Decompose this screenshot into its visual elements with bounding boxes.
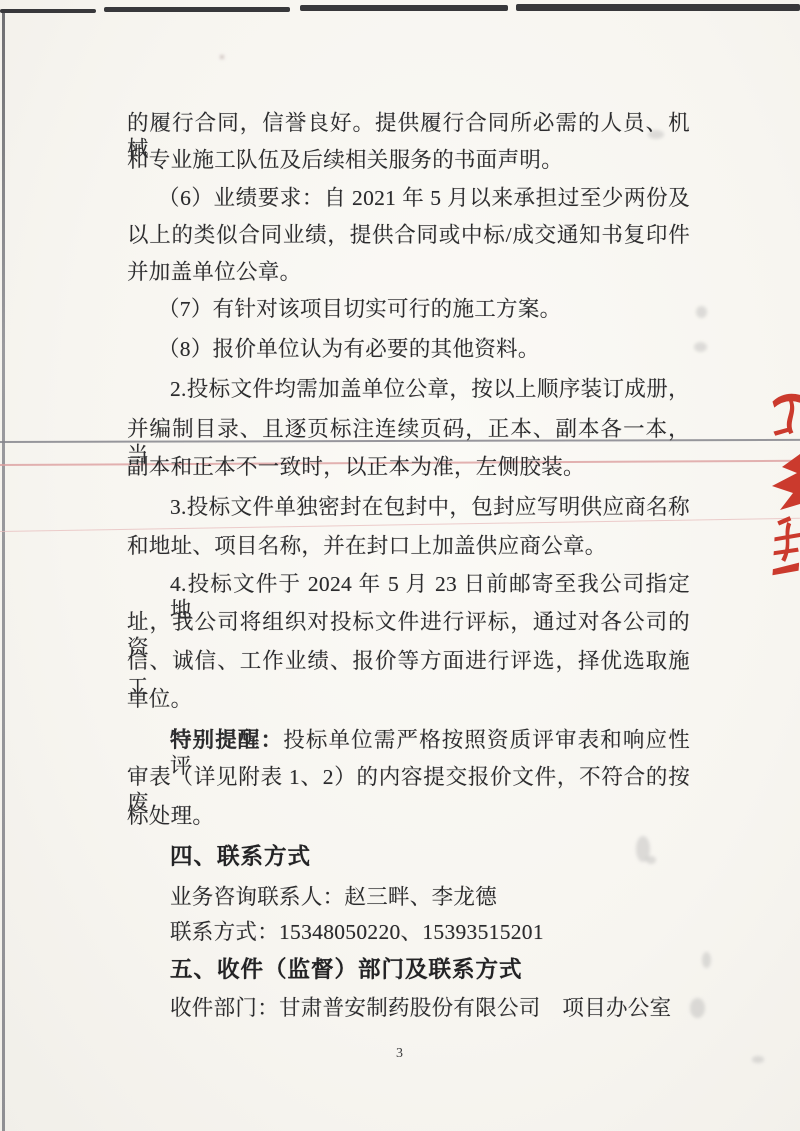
scanned-document-page: 的履行合同，信誉良好。提供履行合同所必需的人员、机械 和专业施工队伍及后续相关服… xyxy=(0,0,800,1131)
numbered-item-line: 3.投标文件单独密封在包封中，包封应写明供应商名称 xyxy=(170,494,690,522)
section-heading-receiver: 五、收件（监督）部门及联系方式 xyxy=(170,957,523,984)
paragraph-line: 并编制目录、且逐页标注连续页码，正本、副本各一本，当 xyxy=(127,416,690,444)
paragraph-line: 单位。 xyxy=(127,686,192,713)
paragraph-line: 信、诚信、工作业绩、报价等方面进行评选，择优选取施工 xyxy=(127,648,690,676)
receiver-department-line: 收件部门：甘肃普安制药股份有限公司 项目办公室 xyxy=(170,995,671,1022)
numbered-item-line: 4.投标文件于 2024 年 5 月 23 日前邮寄至我公司指定地 xyxy=(170,571,690,599)
paragraph-line: 的履行合同，信誉良好。提供履行合同所必需的人员、机械 xyxy=(127,110,690,138)
list-item-line: （8）报价单位认为有必要的其他资料。 xyxy=(158,336,540,363)
paper-smudge xyxy=(690,998,705,1018)
paper-smudge xyxy=(694,342,707,352)
red-star-stamp-fragment xyxy=(770,452,800,514)
list-item-line: （7）有针对该项目切实可行的施工方案。 xyxy=(158,296,561,323)
paper-smudge xyxy=(696,306,707,318)
paragraph-line: 以上的类似合同业绩，提供合同或中标/成交通知书复印件 xyxy=(127,222,690,250)
red-stamp-fragment xyxy=(772,513,800,578)
paragraph-line: 址，我公司将组织对投标文件进行评标，通过对各公司的资 xyxy=(127,609,690,637)
scan-edge-segment xyxy=(0,9,96,13)
paragraph-line: 副本和正本不一致时，以正本为准，左侧胶装。 xyxy=(127,454,585,481)
section-heading-contact: 四、联系方式 xyxy=(170,844,311,871)
list-item-line: （6）业绩要求：自 2021 年 5 月以来承担过至少两份及 xyxy=(158,185,690,213)
paragraph-line: 和地址、项目名称，并在封口上加盖供应商公章。 xyxy=(127,533,607,560)
paragraph-line: 标处理。 xyxy=(127,803,214,830)
paragraph-line: 并加盖单位公章。 xyxy=(127,259,301,286)
paper-smudge xyxy=(220,55,224,59)
special-reminder-label: 特别提醒： xyxy=(170,728,283,752)
contact-person-line: 业务咨询联系人：赵三畔、李龙德 xyxy=(170,884,497,911)
scan-edge-segment xyxy=(300,5,508,11)
scan-left-edge-artifact xyxy=(2,13,5,1131)
page-number: 3 xyxy=(0,1046,800,1062)
numbered-item-line: 2.投标文件均需加盖单位公章，按以上顺序装订成册， xyxy=(170,376,690,404)
scan-edge-segment xyxy=(104,7,290,12)
paragraph-line: 和专业施工队伍及后续相关服务的书面声明。 xyxy=(127,147,563,174)
paper-smudge xyxy=(702,952,711,968)
paper-smudge xyxy=(646,856,656,864)
special-reminder-line: 特别提醒：投标单位需严格按照资质评审表和响应性评 xyxy=(170,727,690,755)
contact-phone-line: 联系方式：15348050220、15393515201 xyxy=(170,919,544,946)
scan-top-edge-artifact xyxy=(0,0,800,16)
red-stamp-fragment xyxy=(767,385,800,446)
paragraph-line: 审表（详见附表 1、2）的内容提交报价文件，不符合的按废 xyxy=(127,764,690,792)
scan-edge-segment xyxy=(516,4,800,11)
